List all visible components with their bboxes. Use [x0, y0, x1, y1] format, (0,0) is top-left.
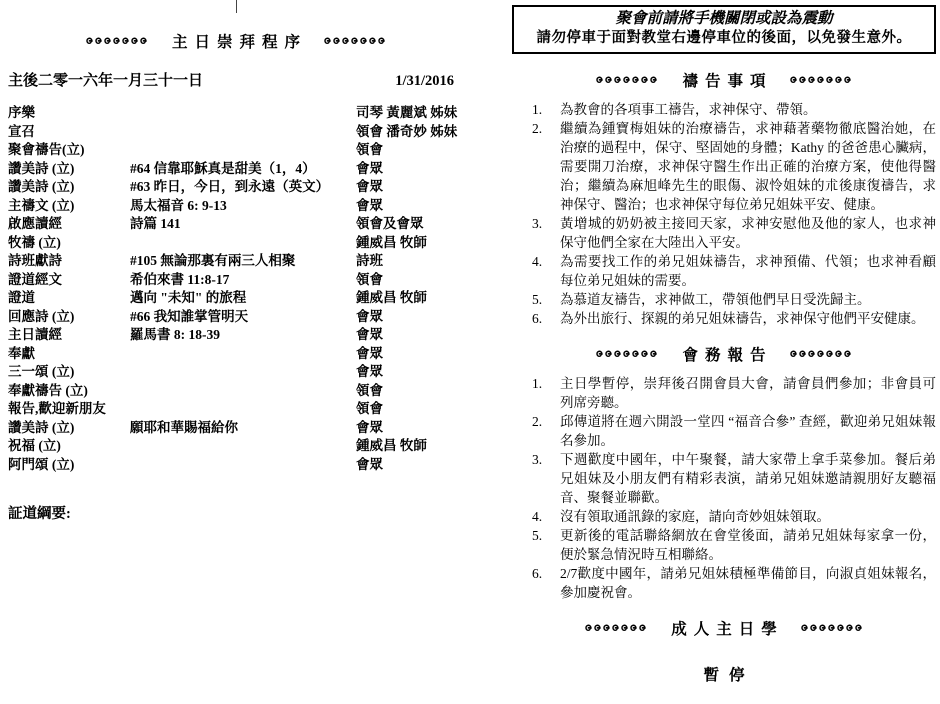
program-item-detail: [130, 456, 356, 475]
program-item-detail: [130, 345, 356, 364]
prayer-item: 3. 黃增城的奶奶被主接囘天家，求神安慰他及他的家人，也求神保守他們全家在大陸出…: [532, 214, 936, 252]
program-item-label: 讚美詩 (立): [8, 419, 130, 438]
scroll-ornament-icon: [323, 36, 387, 47]
program-row: 主禱文 (立) 馬太福音 6: 9-13 會眾: [8, 197, 464, 216]
date-row: 主後二零一六年一月三十一日 1/31/2016: [8, 69, 464, 90]
report-list: 1. 主日學暫停，崇拜後召開會員大會，請會員們參加；非會員可列席旁聽。 2. 邱…: [512, 374, 936, 602]
program-row: 主日讀經 羅馬書 8: 18-39 會眾: [8, 326, 464, 345]
sunday-school-status: 暫停: [512, 663, 936, 685]
report-item-text: 2/7歡度中國年，請弟兄姐妹積極準備節目，向淑貞姐妹報名，參加慶祝會。: [560, 564, 936, 602]
prayer-list: 1. 為教會的各項事工禱告，求神保守、帶領。 2. 繼續為鍾寶梅姐妹的治療禱告，…: [512, 100, 936, 328]
program-row: 祝福 (立) 鍾威昌 牧師: [8, 437, 464, 456]
program-item-role: 領會: [356, 400, 464, 419]
program-item-role: 鍾威昌 牧師: [356, 234, 464, 253]
program-item-label: 奉獻禱告 (立): [8, 382, 130, 401]
program-row: 阿門頌 (立) 會眾: [8, 456, 464, 475]
prayer-item-text: 黃增城的奶奶被主接囘天家，求神安慰他及他的家人，也求神保守他們全家在大陸出入平安…: [560, 214, 936, 252]
report-item: 3. 下週歡度中國年，中午聚餐，請大家帶上拿手菜參加。餐后弟兄姐妹及小朋友們有精…: [532, 450, 936, 507]
worship-order-title-row: 主日崇拜程序: [8, 30, 464, 52]
prayer-item: 5. 為慕道友禱告，求神做工，帶領他們早日受洗歸主。: [532, 290, 936, 309]
report-item-text: 更新後的電話聯絡網放在會堂後面，請弟兄姐妹每家拿一份，便於緊急情況時互相聯絡。: [560, 526, 936, 564]
prayer-item: 6. 為外出旅行、探親的弟兄姐妹禱告，求神保守他們平安健康。: [532, 309, 936, 328]
prayer-item-text: 繼續為鍾寶梅姐妹的治療禱告，求神藉著藥物徹底醫治她，在治療的過程中，保守、堅固她…: [560, 119, 936, 214]
prayer-item: 1. 為教會的各項事工禱告，求神保守、帶領。: [532, 100, 936, 119]
scroll-ornament-icon: [789, 75, 853, 86]
report-item: 5. 更新後的電話聯絡網放在會堂後面，請弟兄姐妹每家拿一份，便於緊急情況時互相聯…: [532, 526, 936, 564]
scroll-ornament-icon: [595, 75, 659, 86]
program-row: 讚美詩 (立) #63 昨日，今日，到永遠（英文） 會眾: [8, 178, 464, 197]
program-item-label: 三一頌 (立): [8, 363, 130, 382]
program-item-label: 牧禱 (立): [8, 234, 130, 253]
report-item: 6. 2/7歡度中國年，請弟兄姐妹積極準備節目，向淑貞姐妹報名，參加慶祝會。: [532, 564, 936, 602]
report-item: 4. 沒有領取通訊錄的家庭，請向奇妙姐妹領取。: [532, 507, 936, 526]
report-item-text: 主日學暫停，崇拜後召開會員大會，請會員們參加；非會員可列席旁聽。: [560, 374, 936, 412]
program-item-role: 鍾威昌 牧師: [356, 289, 464, 308]
program-row: 詩班獻詩 #105 無論那裏有兩三人相聚 詩班: [8, 252, 464, 271]
report-item-text: 沒有領取通訊錄的家庭，請向奇妙姐妹領取。: [560, 507, 936, 526]
program-item-role: 領會: [356, 271, 464, 290]
scroll-ornament-icon: [800, 623, 864, 634]
program-item-detail: 願耶和華賜福給你: [130, 419, 356, 438]
church-bulletin-page: 主日崇拜程序 主後二零一六年一月三十一日 1/31/2016 序樂 司琴 黃麗斌…: [0, 0, 940, 704]
program-item-role: 會眾: [356, 326, 464, 345]
program-item-label: 祝福 (立): [8, 437, 130, 456]
report-item-number: 3.: [532, 450, 560, 507]
program-item-role: 會眾: [356, 419, 464, 438]
program-row: 讚美詩 (立) 願耶和華賜福給你 會眾: [8, 419, 464, 438]
program-item-role: 領會: [356, 382, 464, 401]
program-item-detail: [130, 363, 356, 382]
scroll-ornament-icon: [789, 349, 853, 360]
program-item-detail: [130, 123, 356, 142]
program-row: 宣召 領會 潘奇妙 姊妹: [8, 123, 464, 142]
report-section-heading-row: 會務報告: [512, 343, 936, 365]
program-item-role: 領會 潘奇妙 姊妹: [356, 123, 464, 142]
program-item-label: 聚會禱告(立): [8, 141, 130, 160]
program-item-label: 宣召: [8, 123, 130, 142]
notice-box: 聚會前請將手機關閉或設為震動 請勿停車于面對教堂右邊停車位的後面，以免發生意外。: [512, 5, 936, 54]
program-item-detail: 希伯來書 11:8-17: [130, 271, 356, 290]
program-item-role: 會眾: [356, 308, 464, 327]
prayer-item-number: 5.: [532, 290, 560, 309]
program-item-role: 鍾威昌 牧師: [356, 437, 464, 456]
prayer-item-number: 4.: [532, 252, 560, 290]
prayer-item-number: 6.: [532, 309, 560, 328]
program-row: 報告,歡迎新朋友 領會: [8, 400, 464, 419]
program-item-label: 回應詩 (立): [8, 308, 130, 327]
report-item-number: 2.: [532, 412, 560, 450]
page-title: 主日崇拜程序: [165, 30, 307, 52]
prayer-item: 4. 為需要找工作的弟兄姐妹禱告，求神預備、代領；也求神看顧每位弟兄姐妹的需要。: [532, 252, 936, 290]
prayer-item-text: 為教會的各項事工禱告，求神保守、帶領。: [560, 100, 936, 119]
notice-line1: 聚會前請將手機關閉或設為震動: [518, 9, 930, 29]
program-row: 證道 邁向 "未知" 的旅程 鍾威昌 牧師: [8, 289, 464, 308]
date-numeric: 1/31/2016: [395, 73, 454, 90]
program-item-detail: #63 昨日，今日，到永遠（英文）: [130, 178, 356, 197]
prayer-section-heading-row: 禱告事項: [512, 69, 936, 91]
fold-mark: [236, 0, 237, 13]
prayer-item: 2. 繼續為鍾寶梅姐妹的治療禱告，求神藉著藥物徹底醫治她，在治療的過程中，保守、…: [532, 119, 936, 214]
program-item-role: 會眾: [356, 363, 464, 382]
program-item-label: 詩班獻詩: [8, 252, 130, 271]
program-row: 讚美詩 (立) #64 信靠耶穌真是甜美（1，4） 會眾: [8, 160, 464, 179]
program-item-label: 序樂: [8, 104, 130, 123]
prayer-item-text: 為外出旅行、探親的弟兄姐妹禱告，求神保守他們平安健康。: [560, 309, 936, 328]
program-row: 奉獻 會眾: [8, 345, 464, 364]
report-item-text: 下週歡度中國年，中午聚餐，請大家帶上拿手菜參加。餐后弟兄姐妹及小朋友們有精彩表演…: [560, 450, 936, 507]
prayer-item-number: 2.: [532, 119, 560, 214]
program-item-detail: [130, 104, 356, 123]
report-item: 2. 邱傳道將在週六開設一堂四 “福音合參” 查經，歡迎弟兄姐妹報名參加。: [532, 412, 936, 450]
report-item-number: 6.: [532, 564, 560, 602]
sunday-school-title: 成人主日學: [664, 617, 784, 639]
program-item-label: 啟應讀經: [8, 215, 130, 234]
sermon-outline-label: 証道綱要:: [8, 502, 464, 523]
program-row: 啟應讀經 詩篇 141 領會及會眾: [8, 215, 464, 234]
report-item-number: 4.: [532, 507, 560, 526]
program-item-label: 讚美詩 (立): [8, 160, 130, 179]
program-item-detail: 邁向 "未知" 的旅程: [130, 289, 356, 308]
program-item-label: 主日讀經: [8, 326, 130, 345]
program-row: 奉獻禱告 (立) 領會: [8, 382, 464, 401]
program-row: 證道經文 希伯來書 11:8-17 領會: [8, 271, 464, 290]
report-item: 1. 主日學暫停，崇拜後召開會員大會，請會員們參加；非會員可列席旁聽。: [532, 374, 936, 412]
program-item-detail: 羅馬書 8: 18-39: [130, 326, 356, 345]
program-item-label: 主禱文 (立): [8, 197, 130, 216]
program-item-role: 會眾: [356, 160, 464, 179]
program-item-detail: [130, 437, 356, 456]
program-item-role: 會眾: [356, 178, 464, 197]
program-item-role: 詩班: [356, 252, 464, 271]
prayer-item-text: 為慕道友禱告，求神做工，帶領他們早日受洗歸主。: [560, 290, 936, 309]
program-item-detail: #64 信靠耶穌真是甜美（1，4）: [130, 160, 356, 179]
program-item-label: 證道經文: [8, 271, 130, 290]
program-item-label: 讚美詩 (立): [8, 178, 130, 197]
scroll-ornament-icon: [595, 349, 659, 360]
prayer-item-text: 為需要找工作的弟兄姐妹禱告，求神預備、代領；也求神看顧每位弟兄姐妹的需要。: [560, 252, 936, 290]
program-item-detail: [130, 234, 356, 253]
sunday-school-heading-row: 成人主日學: [512, 617, 936, 639]
program-item-detail: [130, 400, 356, 419]
program-list: 序樂 司琴 黃麗斌 姊妹 宣召 領會 潘奇妙 姊妹 聚會禱告(立) 領會: [8, 104, 464, 474]
program-item-detail: [130, 141, 356, 160]
notice-line2: 請勿停車于面對教堂右邊停車位的後面，以免發生意外。: [518, 29, 930, 48]
program-item-label: 奉獻: [8, 345, 130, 364]
program-item-detail: #66 我知誰掌管明天: [130, 308, 356, 327]
program-item-label: 報告,歡迎新朋友: [8, 400, 130, 419]
worship-order-column: 主日崇拜程序 主後二零一六年一月三十一日 1/31/2016 序樂 司琴 黃麗斌…: [8, 30, 464, 523]
program-row: 三一頌 (立) 會眾: [8, 363, 464, 382]
program-item-label: 證道: [8, 289, 130, 308]
prayer-item-number: 1.: [532, 100, 560, 119]
program-item-detail: 馬太福音 6: 9-13: [130, 197, 356, 216]
report-item-number: 5.: [532, 526, 560, 564]
program-row: 牧禱 (立) 鍾威昌 牧師: [8, 234, 464, 253]
program-item-role: 會眾: [356, 456, 464, 475]
program-item-detail: [130, 382, 356, 401]
program-item-detail: #105 無論那裏有兩三人相聚: [130, 252, 356, 271]
prayer-section-title: 禱告事項: [675, 69, 772, 91]
scroll-ornament-icon: [584, 623, 648, 634]
announcements-column: 聚會前請將手機關閉或設為震動 請勿停車于面對教堂右邊停車位的後面，以免發生意外。…: [512, 5, 936, 685]
program-row: 序樂 司琴 黃麗斌 姊妹: [8, 104, 464, 123]
report-item-number: 1.: [532, 374, 560, 412]
program-item-label: 阿門頌 (立): [8, 456, 130, 475]
program-item-role: 司琴 黃麗斌 姊妹: [356, 104, 464, 123]
program-item-role: 會眾: [356, 197, 464, 216]
date-chinese: 主後二零一六年一月三十一日: [8, 69, 203, 90]
report-section-title: 會務報告: [675, 343, 772, 365]
program-item-role: 領會及會眾: [356, 215, 464, 234]
program-row: 聚會禱告(立) 領會: [8, 141, 464, 160]
program-row: 回應詩 (立) #66 我知誰掌管明天 會眾: [8, 308, 464, 327]
program-item-detail: 詩篇 141: [130, 215, 356, 234]
program-item-role: 領會: [356, 141, 464, 160]
prayer-item-number: 3.: [532, 214, 560, 252]
scroll-ornament-icon: [85, 36, 149, 47]
report-item-text: 邱傳道將在週六開設一堂四 “福音合參” 查經，歡迎弟兄姐妹報名參加。: [560, 412, 936, 450]
program-item-role: 會眾: [356, 345, 464, 364]
